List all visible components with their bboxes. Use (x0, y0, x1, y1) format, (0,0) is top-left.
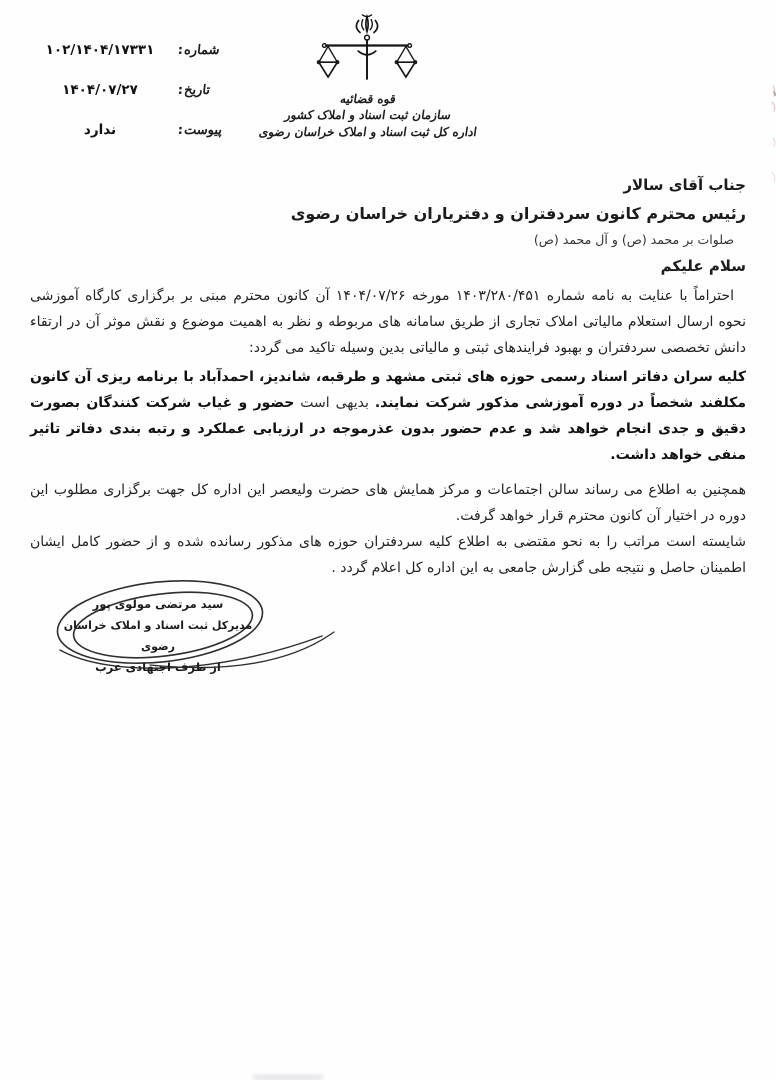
authority-name: قوه قضائیه (216, 92, 518, 107)
number-label: شماره: (177, 43, 225, 58)
meta-row-date: تاریخ: ۱۴۰۴/۰۷/۲۷ (22, 82, 224, 98)
paragraph-intro: احتراماً با عنایت به نامه شماره ۱۴۰۳/۲۸۰… (30, 283, 746, 361)
signer-name: سید مرتضی مولوی پور (48, 594, 268, 615)
greeting-line: سلام علیکم (30, 257, 746, 275)
paragraph-directive: کلیه سران دفاتر اسناد رسمی حوزه های ثبتی… (30, 364, 746, 468)
scan-edge-artifact (760, 80, 776, 190)
meta-row-number: شماره: ۱۰۲/۱۴۰۴/۱۷۳۳۱ (22, 42, 224, 58)
letter-page: قوه قضائیه سازمان ثبت اسناد و املاک کشور… (0, 0, 776, 1080)
signer-on-behalf: از طرف اجتهادی عرب (48, 657, 268, 678)
scan-smudge (253, 1075, 323, 1080)
paragraph-venue: همچنین به اطلاع می رساند سالن اجتماعات و… (30, 477, 746, 529)
directive-normal: بدیهی است (294, 395, 375, 411)
signer-title: مدیرکل ثبت اسناد و املاک خراسان رضوی (48, 615, 268, 657)
signature-block: سید مرتضی مولوی پور مدیرکل ثبت اسناد و ا… (30, 570, 340, 685)
judiciary-scales-emblem-icon (311, 14, 423, 90)
date-value: ۱۴۰۴/۰۷/۲۷ (22, 82, 178, 98)
department-name: اداره کل ثبت اسناد و املاک خراسان رضوی (216, 125, 518, 140)
organization-name: سازمان ثبت اسناد و املاک کشور (216, 108, 518, 123)
signature-text: سید مرتضی مولوی پور مدیرکل ثبت اسناد و ا… (48, 594, 268, 678)
meta-row-attachment: پیوست: ندارد (22, 122, 224, 138)
letter-meta: شماره: ۱۰۲/۱۴۰۴/۱۷۳۳۱ تاریخ: ۱۴۰۴/۰۷/۲۷ … (22, 42, 224, 162)
recipient-block: جناب آقای سالار رئیس محترم کانون سردفترا… (30, 176, 746, 275)
letterhead: قوه قضائیه سازمان ثبت اسناد و املاک کشور… (217, 14, 517, 140)
attachment-value: ندارد (22, 122, 178, 138)
letter-body: احتراماً با عنایت به نامه شماره ۱۴۰۳/۲۸۰… (30, 283, 746, 581)
recipient-title: رئیس محترم کانون سردفتران و دفتریاران خر… (30, 204, 746, 223)
date-label: تاریخ: (177, 83, 225, 98)
recipient-salutation: جناب آقای سالار (30, 176, 746, 194)
number-value: ۱۰۲/۱۴۰۴/۱۷۳۳۱ (22, 42, 178, 58)
attachment-label: پیوست: (177, 123, 225, 138)
blessing-line: صلوات بر محمد (ص) و آل محمد (ص) (30, 232, 734, 247)
